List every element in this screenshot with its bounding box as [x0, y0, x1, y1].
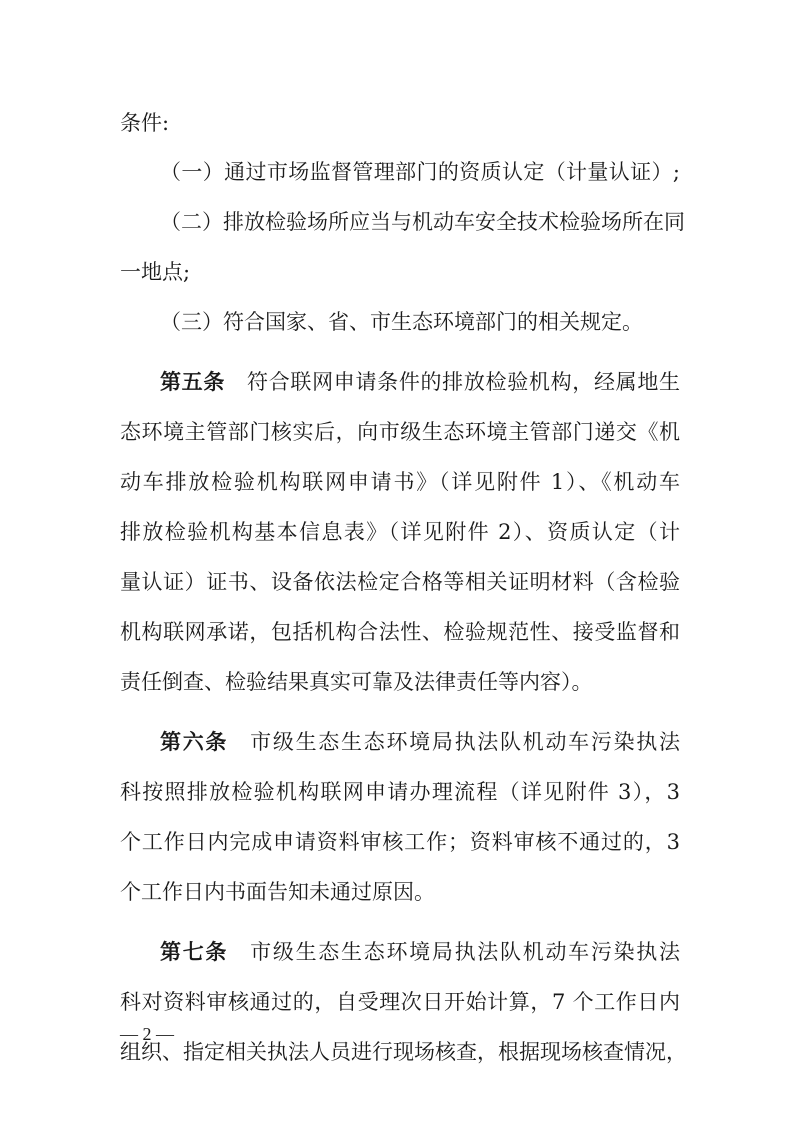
page-number: — 2 — — [120, 1024, 174, 1045]
article-7-heading: 第七条 — [160, 940, 228, 964]
text-segment: 符合联网申请条件的排放检验机构，经属地生 — [247, 370, 680, 394]
text-line: 组织、指定相关执法人员进行现场核查，根据现场核查情况， — [120, 1037, 680, 1067]
text-line: 机构联网承诺，包括机构合法性、检验规范性、接受监督和 — [120, 617, 680, 647]
text-line: 一地点; — [120, 257, 680, 287]
condition-item-3: （三）符合国家、省、市生态环境部门的相关规定。 — [160, 307, 680, 337]
article-5-heading: 第五条 — [160, 370, 225, 394]
text-line: 个工作日内完成申请资料审核工作；资料审核不通过的，3 — [120, 827, 680, 857]
text-line: 动车排放检验机构联网申请书》（详见附件 1）、《机动车 — [120, 467, 680, 497]
text-line: 排放检验机构基本信息表》（详见附件 2）、资质认定（计 — [120, 517, 680, 547]
text-line: 科按照排放检验机构联网申请办理流程（详见附件 3），3 — [120, 777, 680, 807]
text-line: 态环境主管部门核实后，向市级生态环境主管部门递交《机 — [120, 417, 680, 447]
condition-item-1: （一）通过市场监督管理部门的资质认定（计量认证）; — [160, 157, 680, 187]
text-line: 责任倒查、检验结果真实可靠及法律责任等内容）。 — [120, 667, 680, 697]
text-line: 科对资料审核通过的，自受理次日开始计算，7 个工作日内 — [120, 987, 680, 1017]
article-5-first-line: 第五条符合联网申请条件的排放检验机构，经属地生 — [160, 367, 680, 397]
article-6-heading: 第六条 — [160, 730, 228, 754]
text-segment: 市级生态生态环境局执法队机动车污染执法 — [250, 940, 680, 964]
text-segment: 市级生态生态环境局执法队机动车污染执法 — [250, 730, 680, 754]
article-6-first-line: 第六条市级生态生态环境局执法队机动车污染执法 — [160, 727, 680, 757]
text-line: 条件: — [120, 108, 680, 138]
document-page: 条件: （一）通过市场监督管理部门的资质认定（计量认证）; （二）排放检验场所应… — [0, 0, 793, 1122]
text-line: 量认证）证书、设备依法检定合格等相关证明材料（含检验 — [120, 567, 680, 597]
article-7-first-line: 第七条市级生态生态环境局执法队机动车污染执法 — [160, 937, 680, 967]
condition-item-2: （二）排放检验场所应当与机动车安全技术检验场所在同 — [160, 207, 680, 237]
text-line: 个工作日内书面告知未通过原因。 — [120, 877, 680, 907]
